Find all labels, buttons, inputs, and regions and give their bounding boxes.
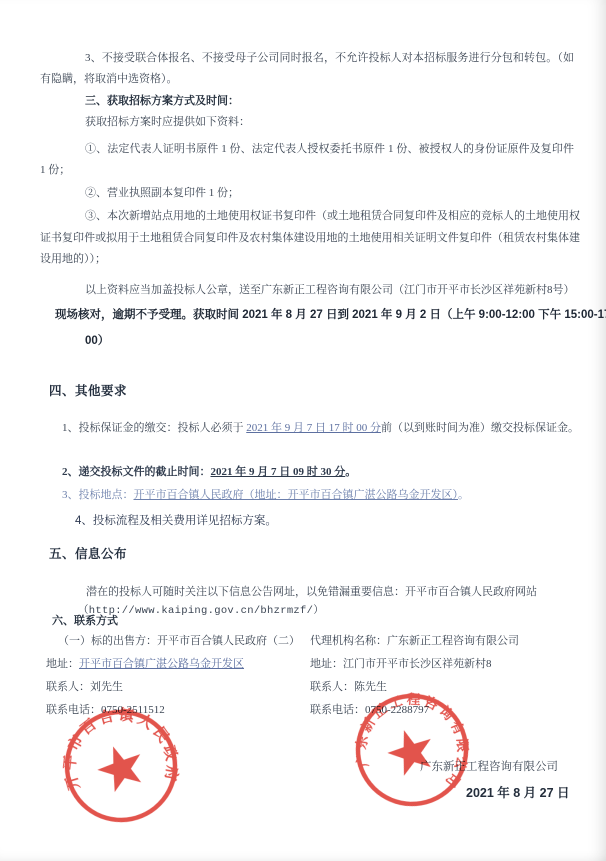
acquisition-time-wrap: 00）	[85, 331, 109, 352]
required-document-item-1: ①、法定代表人证明书原件 1 份、法定代表人授权委托书原件 1 份、被授权人的身…	[40, 139, 574, 181]
required-document-item-2: ②、营业执照副本复印件 1 份；	[85, 183, 239, 204]
bid-location-item: 3、投标地点：开平市百合镇人民政府（地址：开平市百合镇广湛公路乌金开发区）。	[62, 485, 469, 506]
seller-address-value: 开平市百合镇广湛公路乌金开发区	[79, 658, 244, 670]
star-icon	[382, 723, 439, 778]
bid-location-label: 3、投标地点：	[62, 489, 134, 501]
seller-address-label: 地址：	[46, 658, 79, 670]
official-seal-town-government: 开平市百合镇人民政府	[39, 684, 204, 849]
paragraph-bid-restrictions: 3、不接受联合体报名、不接受母子公司同时报名，不允许投标人对本招标服务进行分包和…	[40, 48, 574, 90]
section-6-heading: 六、联系方式	[52, 611, 118, 632]
seller-title: （一）标的出售方：开平市百合镇人民政府（二）	[46, 630, 300, 653]
bid-deadline-item: 2、递交投标文件的截止时间：2021 年 9 月 7 日 09 时 30 分。	[62, 462, 356, 483]
agency-address: 地址：江门市开平市长沙区祥苑新村8	[310, 653, 519, 676]
bid-location-period: 。	[458, 489, 469, 501]
bid-bond-suffix: 前（以到账时间为准）缴交投标保证金。	[381, 422, 579, 434]
info-notice-line: 潜在的投标人可随时关注以下信息公告网址，以免错漏重要信息：开平市百合镇人民政府网…	[86, 582, 537, 603]
bid-deadline-label: 2、递交投标文件的截止时间：	[62, 466, 211, 478]
signature-date: 2021 年 8 月 27 日	[466, 783, 570, 804]
section-5-heading: 五、信息公布	[49, 544, 127, 565]
section-3-lead: 获取招标方案时应提供如下资料：	[85, 112, 250, 133]
section-4-heading: 四、其他要求	[49, 381, 127, 402]
acquisition-time-line: 现场核对，逾期不予受理。获取时间 2021 年 8 月 27 日到 2021 年…	[55, 305, 606, 326]
seal-graphic: 开平市百合镇人民政府	[39, 684, 204, 849]
bid-deadline-value: 2021 年 9 月 7 日 09 时 30 分	[211, 466, 346, 478]
bid-bond-text: 1、投标保证金的缴交：投标人必须于	[62, 422, 246, 434]
seal-graphic: 广东新正工程咨询有限公司	[323, 661, 501, 839]
star-icon	[92, 739, 150, 795]
bid-bond-item: 1、投标保证金的缴交：投标人必须于 2021 年 9 月 7 日 17 时 00…	[40, 417, 580, 439]
agency-title: 代理机构名称：广东新正工程咨询有限公司	[310, 630, 519, 653]
bid-bond-deadline: 2021 年 9 月 7 日 17 时 00 分	[246, 422, 381, 434]
official-seal-agency: 广东新正工程咨询有限公司	[323, 661, 501, 839]
submission-address-line: 以上资料应当加盖投标人公章，送至广东新正工程咨询有限公司（江门市开平市长沙区祥苑…	[85, 280, 575, 301]
scanned-tender-document-page: 3、不接受联合体报名、不接受母子公司同时报名，不允许投标人对本招标服务进行分包和…	[0, 0, 606, 861]
seller-address: 地址：开平市百合镇广湛公路乌金开发区	[46, 653, 300, 676]
section-3-heading: 三、获取招标方案方式及时间：	[85, 91, 239, 112]
required-document-item-3: ③、本次新增站点用地的土地使用权证书复印件（或土地租赁合同复印件及相应的竞标人的…	[40, 206, 580, 271]
bid-deadline-period: 。	[345, 466, 356, 478]
bid-location-value: 开平市百合镇人民政府（地址：开平市百合镇广湛公路乌金开发区）	[134, 489, 459, 501]
bid-process-item: 4、投标流程及相关费用详见招标方案。	[75, 511, 277, 532]
